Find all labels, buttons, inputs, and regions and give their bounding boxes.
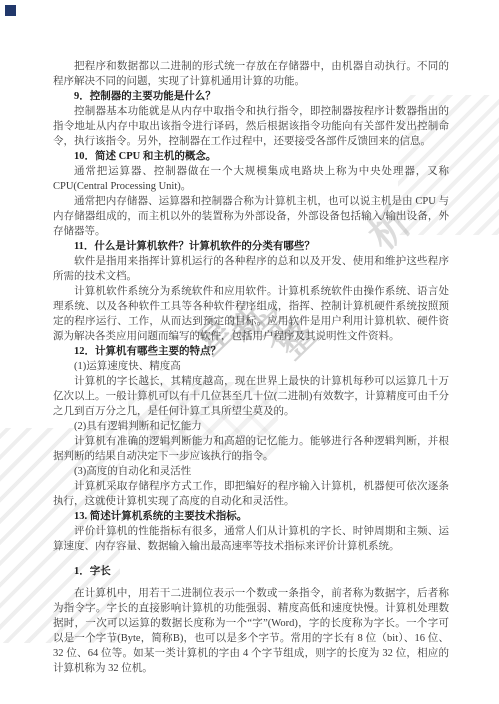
paragraph: 计算机软件系统分为系统软件和应用软件。计算机系统软件由操作系统、语言处理系统、以… xyxy=(53,284,449,344)
document-page: 星 新 完 整 析 把程序和数据都以二进制的形式统一存放在存储器中，由机器自动执… xyxy=(0,0,499,704)
paragraph: 计算机有准确的逻辑判断能力和高超的记忆能力。能够进行各种逻辑判断，并根据判断的结… xyxy=(53,434,449,464)
paragraph: 计算机采取存储程序方式工作，即把编好的程序输入计算机，机器便可依次逐条执行，这就… xyxy=(53,479,449,509)
section-heading: 1．字长 xyxy=(53,564,449,579)
paragraph: 计算机的字长越长，其精度越高，现在世界上最快的计算机每秒可以运算几十万亿次以上。… xyxy=(53,374,449,419)
paragraph: 通常把内存储器、运算器和控制器合称为计算机主机，也可以说主机是由 CPU 与内存… xyxy=(53,194,449,239)
question-heading: 13. 简述计算机系统的主要技术指标。 xyxy=(53,509,449,524)
question-heading: 9．控制器的主要功能是什么？ xyxy=(53,89,449,104)
paragraph: 控制器基本功能就是从内存中取指令和执行指令，即控制器按程序计数器指出的指令地址从… xyxy=(53,104,449,149)
question-heading: 11．什么是计算机软件？计算机软件的分类有哪些？ xyxy=(53,239,449,254)
paragraph: 评价计算机的性能指标有很多，通常人们从计算机的字长、时钟周期和主频、运算速度、内… xyxy=(53,524,449,554)
document-body: 把程序和数据都以二进制的形式统一存放在存储器中，由机器自动执行。不同的程序解决不… xyxy=(53,59,449,676)
paragraph: 在计算机中，用若干二进制位表示一个数或一条指令，前者称为数据字，后者称为指令字。… xyxy=(53,586,449,676)
feature-item: (3)高度的自动化和灵活性 xyxy=(53,464,449,479)
paragraph: 通常把运算器、控制器做在一个大规模集成电路块上称为中央处理器，又称 CPU(Ce… xyxy=(53,164,449,194)
paragraph: 软件是指用来指挥计算机运行的各种程序的总和以及开发、使用和维护这些程序所需的技术… xyxy=(53,254,449,284)
question-heading: 12．计算机有哪些主要的特点？ xyxy=(53,344,449,359)
paragraph: 把程序和数据都以二进制的形式统一存放在存储器中，由机器自动执行。不同的程序解决不… xyxy=(53,59,449,89)
feature-item: (2)具有逻辑判断和记忆能力 xyxy=(53,419,449,434)
question-heading: 10．简述 CPU 和主机的概念。 xyxy=(53,149,449,164)
feature-item: (1)运算速度快、精度高 xyxy=(53,359,449,374)
corner-marker-square xyxy=(5,5,16,16)
